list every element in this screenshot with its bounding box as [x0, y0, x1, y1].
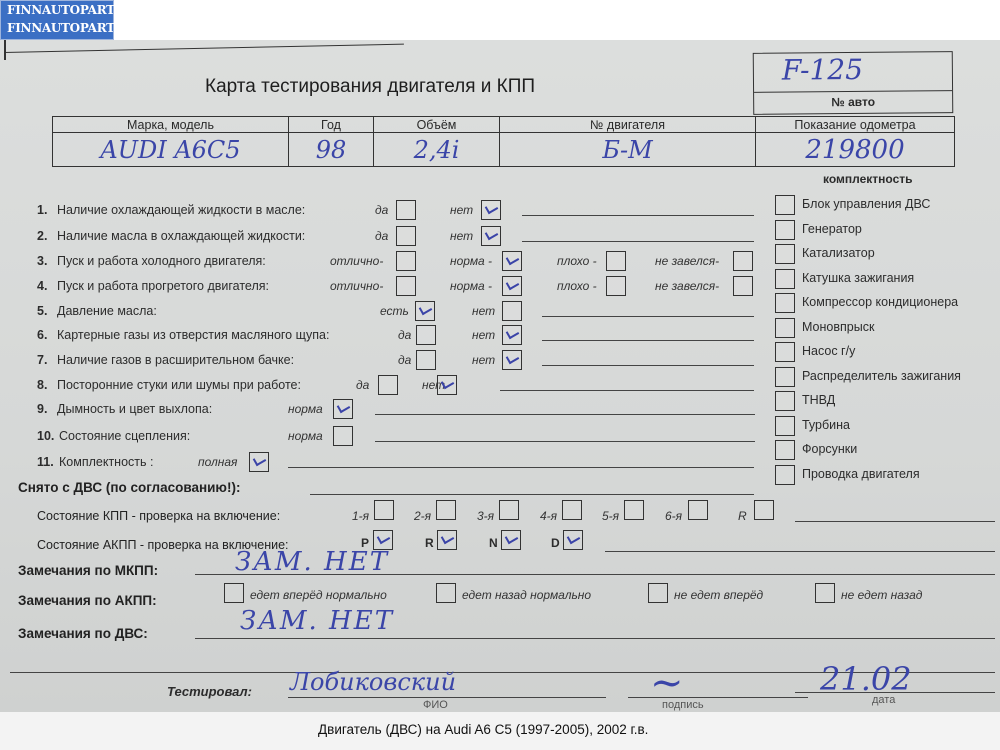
mkpp-remarks-value[interactable]: ЗАМ. НЕТ: [235, 547, 389, 577]
tested-by-label: Тестировал:: [167, 684, 252, 699]
akpp-gear-label: N: [489, 536, 498, 550]
col-engine-number: № двигателя: [500, 117, 756, 133]
question-text: Дымность и цвет выхлопа:: [57, 402, 212, 416]
form-title: Карта тестирования двигателя и КПП: [205, 76, 535, 98]
remark-line[interactable]: [522, 241, 754, 242]
car-number-box: F-125 № авто: [753, 51, 954, 115]
dvs-remarks-value[interactable]: ЗАМ. НЕТ: [240, 606, 394, 636]
option-label: нет: [472, 353, 495, 367]
remark-line[interactable]: [542, 365, 754, 366]
option-label: да: [356, 378, 369, 392]
completeness-item-label: Проводка двигателя: [802, 467, 920, 481]
car-number-value[interactable]: F-125: [782, 53, 863, 87]
option-checkbox[interactable]: [416, 350, 436, 370]
option-checkbox[interactable]: [396, 200, 416, 220]
remark-line[interactable]: [288, 467, 754, 468]
akpp-remark-label: едет вперёд нормально: [250, 588, 387, 602]
option-checkbox[interactable]: [416, 325, 436, 345]
option-checkbox[interactable]: [396, 276, 416, 296]
year-value[interactable]: 98: [289, 133, 374, 167]
question-text: Картерные газы из отверстия масляного щу…: [57, 328, 329, 342]
option-label: есть: [380, 304, 409, 318]
volume-value[interactable]: 2,4i: [374, 133, 500, 167]
option-label: нет: [472, 328, 495, 342]
completeness-checkbox[interactable]: [775, 195, 795, 215]
option-label: да: [398, 353, 411, 367]
option-label: норма -: [450, 279, 492, 293]
signature-label: подпись: [662, 699, 704, 711]
option-checkbox[interactable]: [396, 251, 416, 271]
car-number-label: № авто: [754, 94, 952, 110]
kpp-gear-checkbox[interactable]: [562, 500, 582, 520]
option-checkbox[interactable]: [249, 452, 269, 472]
caption-text: Двигатель (ДВС) на Audi A6 C5 (1997-2005…: [318, 722, 648, 737]
date-line: [795, 692, 995, 693]
odometer-value[interactable]: 219800: [756, 133, 955, 167]
question-text: Посторонние стуки или шумы при работе:: [57, 378, 301, 392]
kpp-gear-checkbox[interactable]: [499, 500, 519, 520]
option-checkbox[interactable]: [333, 399, 353, 419]
kpp-label: Состояние КПП - проверка на включение:: [37, 509, 280, 523]
question-text: Давление масла:: [57, 304, 157, 318]
question-number: 4.: [37, 279, 47, 293]
completeness-item-label: Генератор: [802, 222, 862, 236]
akpp-gear-checkbox[interactable]: [563, 530, 583, 550]
completeness-item-label: Форсунки: [802, 442, 857, 456]
kpp-line: [795, 521, 995, 522]
remark-line[interactable]: [522, 215, 754, 216]
kpp-gear-checkbox[interactable]: [624, 500, 644, 520]
completeness-checkbox[interactable]: [775, 416, 795, 436]
option-checkbox[interactable]: [502, 276, 522, 296]
completeness-item-label: Моновпрыск: [802, 320, 874, 334]
option-checkbox[interactable]: [502, 325, 522, 345]
signature-line: [628, 697, 808, 698]
option-label: норма: [288, 429, 323, 443]
kpp-gear-label: R: [738, 509, 747, 523]
question-text: Пуск и работа прогретого двигателя:: [57, 279, 269, 293]
kpp-gear-label: 5-я: [602, 509, 619, 523]
col-year: Год: [289, 117, 374, 133]
kpp-gear-checkbox[interactable]: [436, 500, 456, 520]
mkpp-remarks-label: Замечания по МКПП:: [18, 563, 158, 578]
remark-line[interactable]: [542, 316, 754, 317]
col-make-model: Марка, модель: [53, 117, 289, 133]
question-text: Наличие охлаждающей жидкости в масле:: [57, 203, 305, 217]
option-checkbox[interactable]: [606, 276, 626, 296]
completeness-title: комплектность: [823, 172, 913, 186]
watermark-line-2: FINNAUTOPARTS: [1, 19, 113, 37]
watermark-logo: FINNAUTOPARTS FINNAUTOPARTS: [0, 0, 114, 40]
completeness-checkbox[interactable]: [775, 391, 795, 411]
col-volume: Объём: [374, 117, 500, 133]
removed-label: Снято с ДВС (по согласованию!):: [18, 480, 240, 495]
akpp-gear-label: R: [425, 536, 434, 550]
kpp-gear-checkbox[interactable]: [754, 500, 774, 520]
option-label: нет: [450, 229, 473, 243]
question-text: Наличие газов в расширительном бачке:: [57, 353, 294, 367]
kpp-gear-checkbox[interactable]: [374, 500, 394, 520]
remark-line[interactable]: [500, 390, 754, 391]
dvs-remarks-label: Замечания по ДВС:: [18, 626, 148, 641]
completeness-item-label: Катализатор: [802, 246, 875, 260]
option-label: плохо -: [557, 279, 597, 293]
question-text: Наличие масла в охлаждающей жидкости:: [57, 229, 305, 243]
option-label: полная: [198, 455, 237, 469]
option-label: норма -: [450, 254, 492, 268]
kpp-gear-label: 6-я: [665, 509, 682, 523]
date-label: дата: [872, 694, 895, 706]
kpp-gear-label: 4-я: [540, 509, 557, 523]
completeness-checkbox[interactable]: [775, 342, 795, 362]
completeness-checkbox[interactable]: [775, 367, 795, 387]
kpp-gear-label: 1-я: [352, 509, 369, 523]
make-model-value[interactable]: AUDI A6C5: [53, 133, 289, 167]
question-text: Комплектность :: [59, 455, 153, 469]
question-number: 7.: [37, 353, 47, 367]
option-checkbox[interactable]: [333, 426, 353, 446]
kpp-gear-checkbox[interactable]: [688, 500, 708, 520]
akpp-gear-label: P: [361, 536, 369, 550]
completeness-checkbox[interactable]: [775, 220, 795, 240]
akpp-remark-checkbox[interactable]: [648, 583, 668, 603]
option-label: не завелся-: [655, 254, 719, 268]
dvs-remarks-line: [195, 638, 995, 639]
option-checkbox[interactable]: [502, 251, 522, 271]
completeness-checkbox[interactable]: [775, 465, 795, 485]
question-number: 9.: [37, 402, 47, 416]
completeness-checkbox[interactable]: [775, 318, 795, 338]
question-number: 11.: [37, 455, 54, 469]
option-label: плохо -: [557, 254, 597, 268]
margin-mark: [4, 40, 6, 60]
option-checkbox[interactable]: [378, 375, 398, 395]
option-checkbox[interactable]: [481, 200, 501, 220]
akpp-gear-checkbox[interactable]: [437, 530, 457, 550]
remark-line[interactable]: [542, 340, 754, 341]
akpp-line: [605, 551, 995, 552]
completeness-item-label: Распределитель зажигания: [802, 369, 961, 383]
fio-label: ФИО: [423, 699, 448, 711]
image-caption: Двигатель (ДВС) на Audi A6 C5 (1997-2005…: [0, 712, 1000, 750]
tested-by-value[interactable]: Лобиковский: [290, 668, 456, 696]
option-label: нет: [450, 203, 473, 217]
option-label: норма: [288, 402, 323, 416]
kpp-gear-label: 3-я: [477, 509, 494, 523]
completeness-item-label: Насос г/у: [802, 344, 855, 358]
completeness-checkbox[interactable]: [775, 293, 795, 313]
question-number: 8.: [37, 378, 47, 392]
completeness-item-label: Турбина: [802, 418, 850, 432]
question-number: 2.: [37, 229, 47, 243]
completeness-item-label: Блок управления ДВС: [802, 197, 930, 211]
removed-line[interactable]: [310, 494, 754, 495]
engine-number-value[interactable]: Б-М: [500, 133, 756, 167]
completeness-item-label: Компрессор кондиционера: [802, 295, 958, 309]
question-number: 3.: [37, 254, 47, 268]
akpp-remark-checkbox[interactable]: [815, 583, 835, 603]
option-label: да: [398, 328, 411, 342]
question-number: 1.: [37, 203, 47, 217]
option-checkbox[interactable]: [437, 375, 457, 395]
completeness-item-label: ТНВД: [802, 393, 835, 407]
akpp-remark-checkbox[interactable]: [436, 583, 456, 603]
option-label: нет: [472, 304, 495, 318]
fio-line: [288, 697, 606, 698]
option-checkbox[interactable]: [481, 226, 501, 246]
completeness-item-label: Катушка зажигания: [802, 271, 914, 285]
question-number: 5.: [37, 304, 47, 318]
option-checkbox[interactable]: [606, 251, 626, 271]
watermark-line-1: FINNAUTOPARTS: [1, 1, 113, 19]
akpp-remark-checkbox[interactable]: [224, 583, 244, 603]
question-number: 6.: [37, 328, 47, 342]
option-label: не завелся-: [655, 279, 719, 293]
vehicle-info-table: Марка, модель Год Объём № двигателя Пока…: [52, 116, 955, 167]
option-checkbox[interactable]: [415, 301, 435, 321]
akpp-gear-checkbox[interactable]: [501, 530, 521, 550]
question-text: Пуск и работа холодного двигателя:: [57, 254, 266, 268]
option-label: да: [375, 203, 388, 217]
akpp-remark-label: не едет назад: [841, 588, 922, 602]
completeness-checkbox[interactable]: [775, 440, 795, 460]
akpp-remarks-label: Замечания по АКПП:: [18, 593, 157, 608]
akpp-remark-label: не едет вперёд: [674, 588, 763, 602]
completeness-checkbox[interactable]: [775, 244, 795, 264]
question-number: 10.: [37, 429, 54, 443]
remark-line[interactable]: [375, 414, 755, 415]
kpp-gear-label: 2-я: [414, 509, 431, 523]
col-odometer: Показание одометра: [756, 117, 955, 133]
option-checkbox[interactable]: [502, 350, 522, 370]
akpp-gear-label: D: [551, 536, 560, 550]
option-label: отлично-: [330, 254, 383, 268]
option-checkbox[interactable]: [396, 226, 416, 246]
question-text: Состояние сцепления:: [59, 429, 190, 443]
remark-line[interactable]: [375, 441, 755, 442]
akpp-remark-label: едет назад нормально: [462, 588, 591, 602]
option-checkbox[interactable]: [733, 251, 753, 271]
completeness-checkbox[interactable]: [775, 269, 795, 289]
option-label: да: [375, 229, 388, 243]
option-label: отлично-: [330, 279, 383, 293]
option-checkbox[interactable]: [502, 301, 522, 321]
option-checkbox[interactable]: [733, 276, 753, 296]
mkpp-remarks-line: [195, 574, 995, 575]
akpp-gear-checkbox[interactable]: [373, 530, 393, 550]
